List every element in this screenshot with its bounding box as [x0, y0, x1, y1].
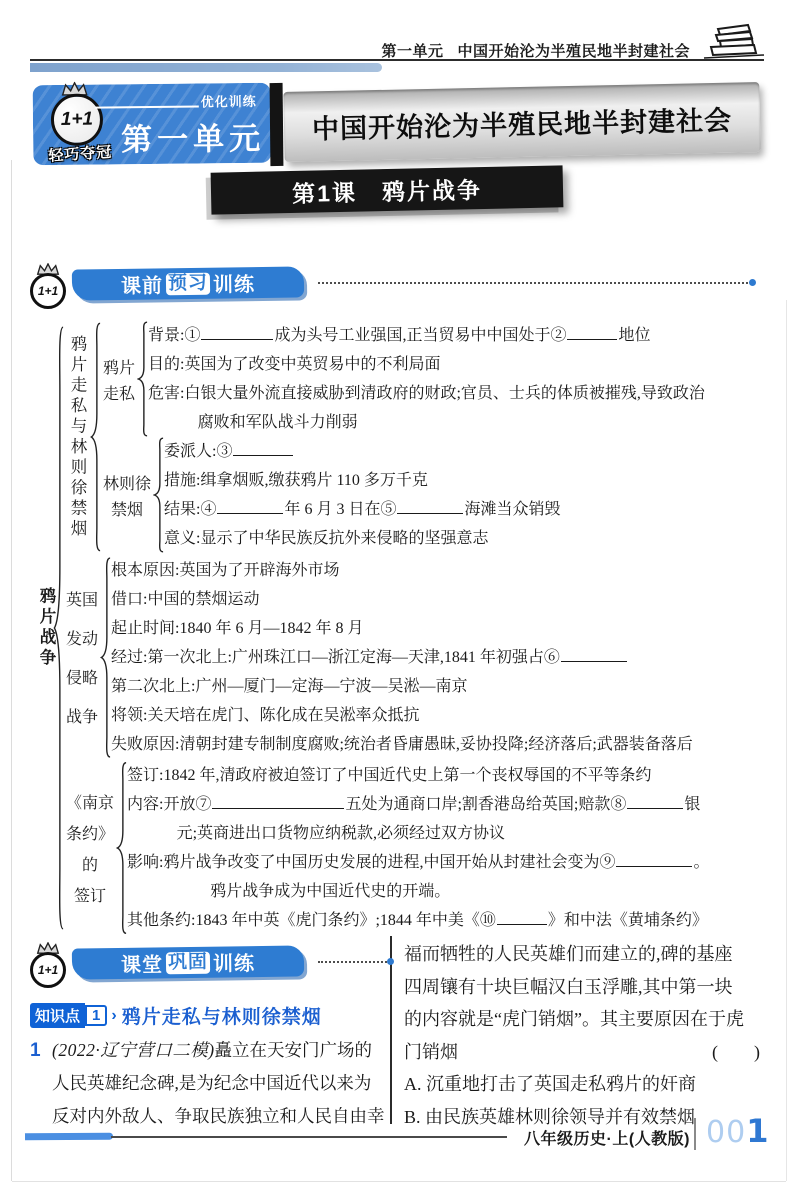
series-label: 优化训练 [201, 91, 257, 111]
brace-icon [100, 556, 111, 759]
footer-separator [694, 1118, 696, 1150]
logo-text: 1+1 [38, 284, 58, 298]
brace-icon [90, 321, 101, 553]
outline-line: 结果:④年 6 月 3 日在⑤海滩当众销毁 [164, 495, 760, 524]
outline-line: 内容:开放⑦五处为通商口岸;割香港岛给英国;赔款⑧银 [127, 790, 760, 819]
knowledge-point-number: 1 [85, 1005, 107, 1026]
outline-label-line: 发动 [66, 626, 98, 649]
outline-text: 腐败和军队战斗力削弱 [198, 414, 358, 431]
blank-underline [397, 500, 463, 514]
header-accent-bar [30, 63, 382, 72]
blank-underline [627, 795, 683, 809]
banner-black-bar [270, 83, 284, 166]
footer-accent-bar [25, 1133, 113, 1141]
blank-underline [233, 442, 293, 456]
option-a: A. 沉重地打击了英国走私鸦片的奸商 [404, 1068, 760, 1101]
brand-logo: 1+1 轻巧夺冠 [37, 84, 118, 165]
outline-text: 》和中法《黄埔条约》 [548, 912, 708, 929]
blank-underline [212, 795, 344, 809]
question-stem-end: 门销烟 ( ) [404, 1036, 760, 1069]
question-line: 人民英雄纪念碑,是为纪念中国近代以来为 [30, 1067, 385, 1100]
outline-text: 将领:关天培在虎门、陈化成在吴淞率众抵抗 [111, 707, 419, 724]
logo-circle: 1+1 [30, 273, 66, 309]
question-source: (2022·辽宁营口二模) [52, 1040, 215, 1060]
question-continuation-line: 四周镶有十块巨幅汉白玉浮雕,其中第一块 [404, 971, 760, 1004]
dotted-rule [318, 961, 390, 963]
outline-line: 元;英商进出口货物应纳税款,必须经过双方协议 [127, 819, 760, 848]
scan-edge-left [11, 160, 12, 1181]
outline-group: 英国发动侵略战争根本原因:英国为了开辟海外市场借口:中国的禁烟运动起止时间:18… [64, 556, 760, 759]
outline-text: 目的:英国为了改变中英贸易中的不利局面 [148, 356, 440, 373]
outline-line: 腐败和军队战斗力削弱 [148, 408, 760, 437]
outline-line: 根本原因:英国为了开辟海外市场 [111, 556, 760, 585]
arrow-icon: › [111, 1007, 116, 1025]
outline-text: 元;英商进出口货物应纳税款,必须经过双方协议 [177, 825, 505, 842]
outline-group-label: 鸦片走私与林则徐禁烟 [64, 335, 90, 540]
outline-label-line: 走私 [103, 381, 135, 404]
section-title-highlight: 预习 [166, 272, 210, 295]
blank-underline [217, 500, 283, 514]
section-title-part: 课前 [121, 269, 163, 299]
outline-text: 影响:鸦片战争改变了中国历史发展的进程,中国开始从封建社会变为⑨ [127, 854, 615, 871]
outline-line: 经过:第一次北上:广州珠江口—浙江定海—天津,1841 年初强占⑥ [111, 643, 760, 672]
outline-line: 失败原因:清朝封建专制制度腐败;统治者昏庸愚昧,妥协投降;经济落后;武器装备落后 [111, 730, 760, 759]
outline-line: 签订:1842 年,清政府被迫签订了中国近代史上第一个丧权辱国的不平等条约 [127, 761, 760, 790]
outline-group-label: 林则徐禁烟 [101, 437, 153, 553]
blank-underline [616, 853, 692, 867]
outline-text: 。 [693, 854, 709, 871]
outline-text: 措施:缉拿烟贩,缴获鸦片 110 多万千克 [164, 472, 428, 489]
outline-text: 海滩当众销毁 [464, 501, 560, 518]
outline-line: 其他条约:1843 年中英《虎门条约》;1844 年中美《⑩》和中法《黄埔条约》 [127, 906, 760, 935]
main-title-banner: 中国开始沦为半殖民地半封建社会 [283, 82, 760, 162]
outline-text: 失败原因:清朝封建专制制度腐败;统治者昏庸愚昧,妥协投降;经济落后;武器装备落后 [111, 736, 693, 753]
section-title-part: 训练 [213, 268, 255, 298]
outline-label-line: 战争 [66, 704, 98, 727]
logo-text: 1+1 [61, 109, 93, 131]
outline-line: 将领:关天培在虎门、陈化成在吴淞率众抵抗 [111, 701, 760, 730]
section-title-part: 训练 [213, 947, 255, 977]
outline-group: 鸦片走私背景:①成为头号工业强国,正当贸易中中国处于②地位目的:英国为了改变中英… [101, 321, 760, 437]
outline-text: 背景:① [148, 327, 200, 344]
page-number-dark: 1 [746, 1112, 769, 1150]
outline-label-line: 《南京 [66, 790, 114, 813]
outline-text: 成为头号工业强国,正当贸易中中国处于② [274, 327, 566, 344]
outline-line: 影响:鸦片战争改变了中国历史发展的进程,中国开始从封建社会变为⑨。 [127, 848, 760, 877]
outline-text: 五处为通商口岸;割香港岛给英国;赔款⑧ [345, 796, 626, 813]
workbook-page: 第一单元中国开始沦为半殖民地半封建社会 1+1 轻巧夺冠 优化训练 第一单元 中… [0, 0, 790, 1187]
outline-line: 目的:英国为了改变中英贸易中的不利局面 [148, 350, 760, 379]
outline-text: 委派人:③ [164, 443, 232, 460]
outline-text: 第二次北上:广州—厦门—定海—宁波—吴淞—南京 [111, 678, 467, 695]
section-title-preview: 课前预习训练 [72, 266, 304, 300]
stem-text: 门销烟 [404, 1036, 458, 1069]
outline-line: 措施:缉拿烟贩,缴获鸦片 110 多万千克 [164, 466, 760, 495]
section-title-part: 课堂 [121, 948, 163, 978]
exercise-section: 1+1 课堂巩固训练 知识点 1 › 鸦片走私与林则徐禁烟 1 (2022·辽宁… [30, 936, 762, 1138]
outline-line: 借口:中国的禁烟运动 [111, 585, 760, 614]
unit-number: 第一单元 [121, 113, 265, 160]
scan-edge-bottom [12, 1181, 786, 1182]
knowledge-point-row: 知识点 1 › 鸦片走私与林则徐禁烟 [30, 1002, 322, 1029]
outline-label-line: 禁烟 [103, 497, 151, 520]
lesson-title: 第1课 鸦片战争 [211, 165, 564, 214]
outline-text: 年 6 月 3 日在⑤ [284, 501, 396, 518]
dotted-rule [318, 282, 752, 284]
outline-line: 委派人:③ [164, 437, 760, 466]
knowledge-point-badge: 知识点 [30, 1003, 85, 1028]
blank-underline [567, 326, 617, 340]
outline-label-line: 侵略 [66, 665, 98, 688]
outline-text: 地位 [618, 327, 650, 344]
outline-group: 《南京条约》的签订签订:1842 年,清政府被迫签订了中国近代史上第一个丧权辱国… [64, 761, 760, 935]
outline-group-label: 英国发动侵略战争 [64, 556, 100, 759]
running-header-unit: 第一单元 [381, 43, 443, 60]
outline-text: 意义:显示了中华民族反抗外来侵略的坚强意志 [164, 530, 488, 547]
outline-text: 鸦片战争成为中国近代史的开端。 [210, 883, 450, 900]
outline-text: 根本原因:英国为了开辟海外市场 [111, 562, 339, 579]
unit-banner: 1+1 轻巧夺冠 优化训练 第一单元 [33, 83, 272, 165]
brace-icon [116, 761, 127, 935]
logo-circle: 1+1 [30, 952, 66, 988]
outline-label-line: 英国 [66, 587, 98, 610]
outline-text: 危害:白银大量外流直接威胁到清政府的财政;官员、士兵的体质被摧残,导致政治 [148, 385, 705, 402]
outline-text: 借口:中国的禁烟运动 [111, 591, 259, 608]
outline-text: 结果:④ [164, 501, 216, 518]
right-column: 福而牺牲的人民英雄们而建立的,碑的基座 四周镶有十块巨幅汉白玉浮雕,其中第一块 … [404, 938, 760, 1133]
outline-line: 第二次北上:广州—厦门—定海—宁波—吴淞—南京 [111, 672, 760, 701]
outline-text: 经过:第一次北上:广州珠江口—浙江定海—天津,1841 年初强占⑥ [111, 649, 560, 666]
section-title-highlight: 巩固 [166, 951, 210, 974]
section-logo-icon: 1+1 [28, 265, 70, 307]
outline-text: 签订:1842 年,清政府被迫签订了中国近代史上第一个丧权辱国的不平等条约 [127, 767, 651, 784]
question-text: 矗立在天安门广场的 [215, 1040, 373, 1060]
section-header-preview: 1+1 课前预习训练 [28, 263, 760, 307]
outline-group: 鸦片走私与林则徐禁烟鸦片走私背景:①成为头号工业强国,正当贸易中中国处于②地位目… [64, 321, 760, 553]
outline-line: 鸦片战争成为中国近代史的开端。 [127, 877, 760, 906]
page-number: 001 [706, 1112, 769, 1150]
footer-rule [111, 1136, 507, 1138]
question-line: 反对内外敌人、争取民族独立和人民自由幸 [30, 1100, 385, 1133]
question-line: 1 (2022·辽宁营口二模)矗立在天安门广场的 [30, 1034, 385, 1067]
blank-underline [561, 648, 627, 662]
banner-divider-line [95, 106, 199, 109]
outline-group-label: 《南京条约》的签订 [64, 761, 116, 935]
main-title: 中国开始沦为半殖民地半封建社会 [312, 98, 733, 146]
lesson-banner: 第1课 鸦片战争 [211, 165, 564, 214]
outline-line: 起止时间:1840 年 6 月—1842 年 8 月 [111, 614, 760, 643]
outline-label-line: 鸦片 [103, 355, 135, 378]
outline-root-label: 鸦片战争 [33, 321, 53, 935]
outline-label-line: 的 [66, 852, 114, 875]
running-header: 第一单元中国开始沦为半殖民地半封建社会 [381, 40, 690, 61]
outline-groups: 鸦片走私与林则徐禁烟鸦片走私背景:①成为头号工业强国,正当贸易中中国处于②地位目… [64, 321, 760, 935]
logo-circle: 1+1 [51, 94, 104, 147]
lesson-outline-diagram: 鸦片战争鸦片走私与林则徐禁烟鸦片走私背景:①成为头号工业强国,正当贸易中中国处于… [33, 321, 760, 935]
running-header-title: 中国开始沦为半殖民地半封建社会 [457, 43, 690, 60]
outline-group: 林则徐禁烟委派人:③措施:缉拿烟贩,缴获鸦片 110 多万千克结果:④年 6 月… [101, 437, 760, 553]
outline-label-line: 签订 [66, 883, 114, 906]
question-continuation-line: 福而牺牲的人民英雄们而建立的,碑的基座 [404, 938, 760, 971]
question-number: 1 [30, 1034, 41, 1067]
knowledge-point-title: 鸦片走私与林则徐禁烟 [122, 1002, 322, 1029]
section-logo-icon: 1+1 [28, 944, 70, 986]
outline-text: 其他条约:1843 年中英《虎门条约》;1844 年中美《⑩ [127, 912, 496, 929]
outline-text: 起止时间:1840 年 6 月—1842 年 8 月 [111, 620, 363, 637]
outline-label-line: 林则徐 [103, 471, 151, 494]
brace-icon [137, 321, 148, 437]
outline-label-line: 条约》 [66, 821, 114, 844]
header-rule [30, 59, 764, 61]
logo-subtitle: 轻巧夺冠 [37, 140, 124, 166]
outline-line: 背景:①成为头号工业强国,正当贸易中中国处于②地位 [148, 321, 760, 350]
outline-group-label: 鸦片走私 [101, 321, 137, 437]
section-title-consolidate: 课堂巩固训练 [72, 945, 304, 979]
blank-underline [201, 326, 273, 340]
question-1: 1 (2022·辽宁营口二模)矗立在天安门广场的 人民英雄纪念碑,是为纪念中国近… [30, 1034, 385, 1133]
outline-line: 危害:白银大量外流直接威胁到清政府的财政;官员、士兵的体质被摧残,导致政治 [148, 379, 760, 408]
footer-book-title: 八年级历史·上(人教版) [524, 1126, 690, 1149]
brace-icon [53, 321, 64, 935]
outline-line: 意义:显示了中华民族反抗外来侵略的坚强意志 [164, 524, 760, 553]
outline-text: 内容:开放⑦ [127, 796, 211, 813]
scan-edge-right [786, 300, 787, 1181]
outline-text: 银 [684, 796, 700, 813]
page-number-light: 00 [706, 1115, 746, 1150]
question-continuation-line: 的内容就是“虎门销烟”。其主要原因在于虎 [404, 1003, 760, 1036]
brace-icon [153, 437, 164, 553]
answer-bracket: ( ) [712, 1036, 760, 1069]
section-header-consolidate: 1+1 课堂巩固训练 [28, 942, 387, 986]
blank-underline [497, 911, 547, 925]
logo-text: 1+1 [38, 963, 58, 977]
